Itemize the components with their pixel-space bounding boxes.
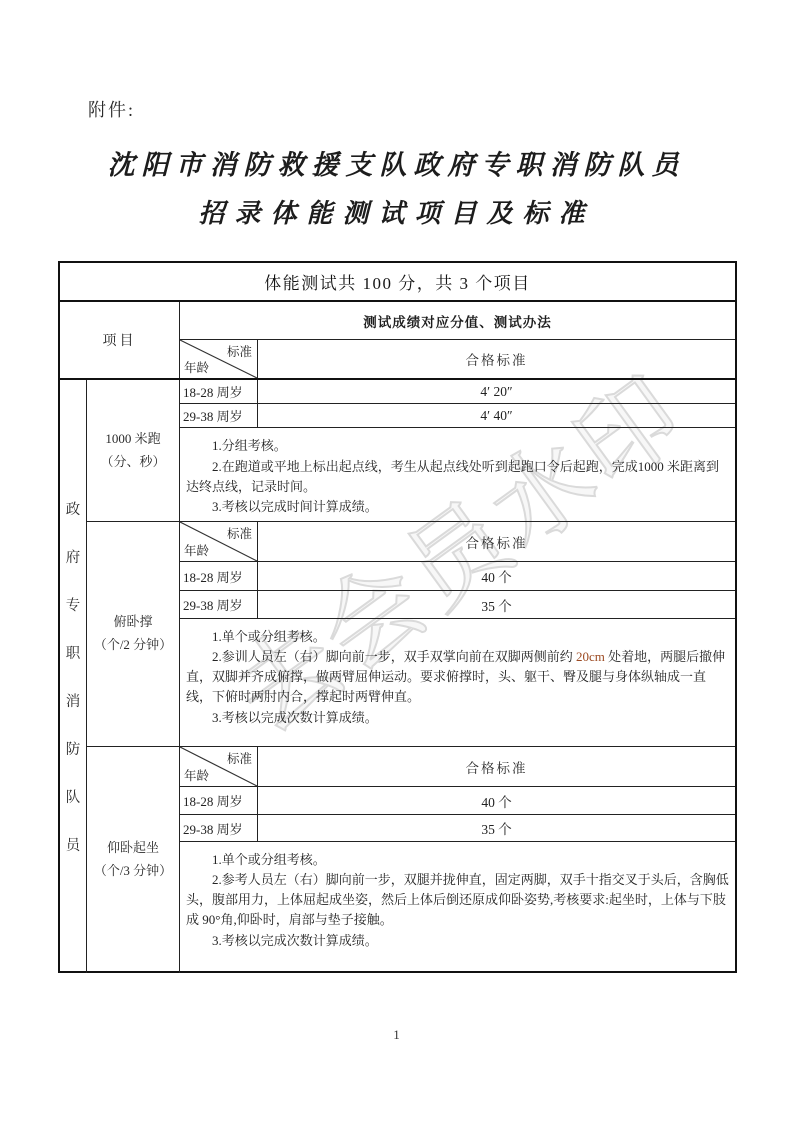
section-situps: 仰卧起坐 （个/3 分钟） 标准 年龄 合格标准 18-28 周岁: [87, 747, 735, 973]
project-name: 1000 米跑 （分、秒）: [87, 380, 180, 521]
project-name-line1: 仰卧起坐: [107, 840, 159, 857]
method-step: 2.参训人员左（右）脚向前一步，双手双掌向前在双脚两侧前约 20cm 处着地，两…: [186, 647, 729, 707]
corner-age-label: 年龄: [184, 766, 209, 784]
standard-value: 40 个: [258, 562, 735, 590]
corner-standard-label: 标准: [227, 749, 252, 767]
method-step-text: 2.参训人员左（右）脚向前一步，双手双掌向前在双脚两侧前约: [212, 649, 576, 664]
table-row: 29-38 周岁 35 个: [180, 815, 735, 842]
section-pushups: 俯卧撑 （个/2 分钟） 标准 年龄 合格标准 18-28 周岁 4: [87, 522, 735, 747]
section-content: 标准 年龄 合格标准 18-28 周岁 40 个 29-38 周岁 35 个: [180, 747, 735, 973]
group-label-char: 队: [66, 786, 81, 807]
project-name-line1: 1000 米跑: [105, 431, 160, 448]
diagonal-header-cell: 标准 年龄: [180, 340, 258, 378]
method-step: 1.分组考核。: [186, 436, 729, 456]
project-name-line2: （个/3 分钟）: [94, 863, 172, 880]
method-description: 1.分组考核。 2.在跑道或平地上标出起点线，考生从起点线处听到起跑口令后起跑，…: [180, 428, 735, 521]
method-step: 3.考核以完成次数计算成绩。: [186, 931, 729, 951]
corner-age-label: 年龄: [184, 541, 209, 559]
section-subheader: 标准 年龄 合格标准: [180, 522, 735, 562]
standard-value: 4′ 40″: [258, 404, 735, 427]
project-name: 仰卧起坐 （个/3 分钟）: [87, 747, 180, 973]
method-description: 1.单个或分组考核。 2.参训人员左（右）脚向前一步，双手双掌向前在双脚两侧前约…: [180, 619, 735, 746]
header-corner-row: 标准 年龄 合格标准: [180, 340, 735, 378]
method-step: 3.考核以完成次数计算成绩。: [186, 708, 729, 728]
project-name-line2: （个/2 分钟）: [94, 637, 172, 654]
attachment-label: 附件:: [88, 96, 135, 122]
header-right: 测试成绩对应分值、测试办法 标准 年龄 合格标准: [180, 302, 735, 378]
table-row: 18-28 周岁 40 个: [180, 787, 735, 815]
standard-value: 35 个: [258, 591, 735, 618]
table-header: 项目 测试成绩对应分值、测试办法 标准 年龄 合格标准: [60, 302, 735, 380]
table-row: 29-38 周岁 4′ 40″: [180, 404, 735, 428]
method-step: 2.在跑道或平地上标出起点线，考生从起点线处听到起跑口令后起跑，完成1000 米…: [186, 457, 729, 497]
page-number: 1: [0, 1027, 793, 1043]
age-label: 29-38 周岁: [180, 404, 258, 427]
table-title: 体能测试共 100 分，共 3 个项目: [60, 263, 735, 302]
corner-age-label: 年龄: [184, 358, 209, 376]
pass-standard-header: 合格标准: [258, 522, 735, 561]
age-label: 18-28 周岁: [180, 380, 258, 403]
method-description: 1.单个或分组考核。 2.参考人员左（右）脚向前一步，双腿并拢伸直，固定两脚，双…: [180, 842, 735, 973]
method-step-measure: 20cm: [576, 649, 605, 664]
group-label-char: 专: [66, 594, 81, 615]
age-label: 29-38 周岁: [180, 815, 258, 841]
group-label-char: 防: [66, 738, 81, 759]
age-label: 29-38 周岁: [180, 591, 258, 618]
section-1000m-run: 1000 米跑 （分、秒） 18-28 周岁 4′ 20″ 29-38 周岁 4…: [87, 380, 735, 522]
project-name-line2: （分、秒）: [100, 454, 165, 471]
section-content: 18-28 周岁 4′ 20″ 29-38 周岁 4′ 40″ 1.分组考核。 …: [180, 380, 735, 521]
diagonal-header-cell: 标准 年龄: [180, 522, 258, 561]
header-method-cell: 测试成绩对应分值、测试办法: [180, 302, 735, 340]
standard-value: 4′ 20″: [258, 380, 735, 403]
group-label-char: 员: [66, 834, 81, 855]
method-step: 1.单个或分组考核。: [186, 627, 729, 647]
standard-value: 35 个: [258, 815, 735, 841]
sections: 1000 米跑 （分、秒） 18-28 周岁 4′ 20″ 29-38 周岁 4…: [87, 380, 735, 973]
group-label-char: 府: [66, 546, 81, 567]
group-label-column: 政 府 专 职 消 防 队 员: [60, 380, 87, 973]
group-label-char: 职: [66, 642, 81, 663]
section-content: 标准 年龄 合格标准 18-28 周岁 40 个 29-38 周岁 35 个: [180, 522, 735, 746]
pass-standard-header: 合格标准: [258, 747, 735, 786]
doc-title-line2: 招录体能测试项目及标准: [0, 193, 793, 230]
fitness-test-table: 体能测试共 100 分，共 3 个项目 项目 测试成绩对应分值、测试办法 标准 …: [58, 261, 737, 973]
group-label-char: 消: [66, 690, 81, 711]
method-step: 2.参考人员左（右）脚向前一步，双腿并拢伸直，固定两脚，双手十指交叉于头后，含胸…: [186, 870, 729, 930]
corner-standard-label: 标准: [227, 524, 252, 542]
age-label: 18-28 周岁: [180, 562, 258, 590]
project-name-line1: 俯卧撑: [113, 614, 152, 631]
age-label: 18-28 周岁: [180, 787, 258, 814]
header-project-cell: 项目: [60, 302, 180, 378]
standard-value: 40 个: [258, 787, 735, 814]
table-row: 18-28 周岁 40 个: [180, 562, 735, 591]
table-row: 29-38 周岁 35 个: [180, 591, 735, 619]
group-label-char: 政: [66, 498, 81, 519]
section-subheader: 标准 年龄 合格标准: [180, 747, 735, 787]
diagonal-header-cell: 标准 年龄: [180, 747, 258, 786]
doc-title-line1: 沈阳市消防救援支队政府专职消防队员: [0, 143, 793, 182]
project-name: 俯卧撑 （个/2 分钟）: [87, 522, 180, 746]
table-body: 政 府 专 职 消 防 队 员 1000 米跑 （分、秒） 18-28 周岁 4…: [60, 380, 735, 973]
pass-standard-header: 合格标准: [258, 340, 735, 378]
table-row: 18-28 周岁 4′ 20″: [180, 380, 735, 404]
method-step: 3.考核以完成时间计算成绩。: [186, 497, 729, 517]
method-step: 1.单个或分组考核。: [186, 850, 729, 870]
corner-standard-label: 标准: [227, 342, 252, 360]
